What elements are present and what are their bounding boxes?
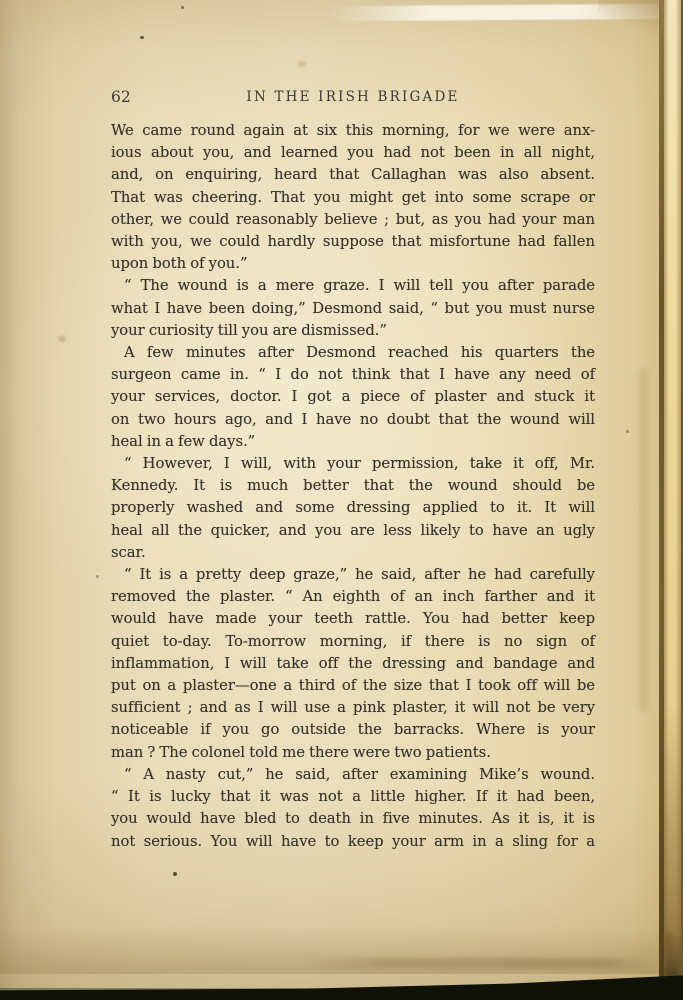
text-line: surgeon came in. “ I do not think that I…: [111, 364, 595, 386]
text-line: ious about you, and learned you had not …: [111, 142, 595, 164]
text-line: on two hours ago, and I have no doubt th…: [111, 409, 595, 431]
text-line: man ? The colonel told me there were two…: [111, 742, 595, 764]
text-line: “ It is lucky that it was not a little h…: [111, 786, 595, 808]
text-line: noticeable if you go outside the barrack…: [111, 719, 595, 741]
text-line: “ A nasty cut,” he said, after examining…: [111, 764, 595, 786]
paper-speck: [96, 575, 99, 578]
text-line: “ It is a pretty deep graze,” he said, a…: [111, 564, 595, 586]
text-line: you would have bled to death in five min…: [111, 808, 595, 830]
text-line: That was cheering. That you might get in…: [111, 187, 595, 209]
paragraph: We came round again at six this morning,…: [111, 120, 595, 275]
text-line: your curiosity till you are dismissed.”: [111, 320, 595, 342]
paper-speck: [181, 6, 184, 9]
text-line: inflammation, I will take off the dressi…: [111, 653, 595, 675]
text-line: scar.: [111, 542, 595, 564]
running-title: IN THE IRISH BRIGADE: [111, 89, 595, 105]
text-line: heal all the quicker, and you are less l…: [111, 520, 595, 542]
paper-speck: [626, 430, 629, 433]
text-line: not serious. You will have to keep your …: [111, 831, 595, 853]
book-scan: 62 IN THE IRISH BRIGADE We came round ag…: [0, 0, 683, 1000]
text-line: A few minutes after Desmond reached his …: [111, 342, 595, 364]
paragraph: “ The wound is a mere graze. I will tell…: [111, 275, 595, 342]
text-line: removed the plaster. “ An eighth of an i…: [111, 586, 595, 608]
paragraph: “ It is a pretty deep graze,” he said, a…: [111, 564, 595, 764]
page-bottom-shadow: [0, 928, 663, 974]
text-line: your services, doctor. I got a piece of …: [111, 386, 595, 408]
text-line: Kennedy. It is much better that the woun…: [111, 475, 595, 497]
text-line: and, on enquiring, heard that Callaghan …: [111, 164, 595, 186]
text-line: We came round again at six this morning,…: [111, 120, 595, 142]
paragraph: A few minutes after Desmond reached his …: [111, 342, 595, 453]
paper-speck: [173, 872, 177, 876]
adjacent-page-edge: [664, 0, 681, 1000]
text-line: upon both of you.”: [111, 253, 595, 275]
page-crease-shadow: [640, 370, 647, 710]
page-header: 62 IN THE IRISH BRIGADE: [111, 88, 595, 106]
top-right-shade: [598, 0, 662, 42]
edge-stain: [664, 930, 673, 954]
paragraph: “ However, I will, with your permission,…: [111, 453, 595, 564]
paper-stain: [298, 61, 306, 67]
text-line: would have made your teeth rattle. You h…: [111, 608, 595, 630]
paper-speck: [140, 36, 144, 39]
text-line: “ However, I will, with your permission,…: [111, 453, 595, 475]
text-line: other, we could reasonably believe ; but…: [111, 209, 595, 231]
text-line: heal in a few days.”: [111, 431, 595, 453]
text-line: properly washed and some dressing applie…: [111, 497, 595, 519]
text-line: what I have been doing,” Desmond said, “…: [111, 298, 595, 320]
text-line: “ The wound is a mere graze. I will tell…: [111, 275, 595, 297]
paper-stain: [58, 336, 66, 342]
text-line: put on a plaster—one a third of the size…: [111, 675, 595, 697]
text-line: sufficient ; and as I will use a pink pl…: [111, 697, 595, 719]
page-text: We came round again at six this morning,…: [111, 120, 595, 853]
text-line: quiet to-day. To-morrow morning, if ther…: [111, 631, 595, 653]
text-line: with you, we could hardly suppose that m…: [111, 231, 595, 253]
paragraph: “ A nasty cut,” he said, after examining…: [111, 764, 595, 853]
